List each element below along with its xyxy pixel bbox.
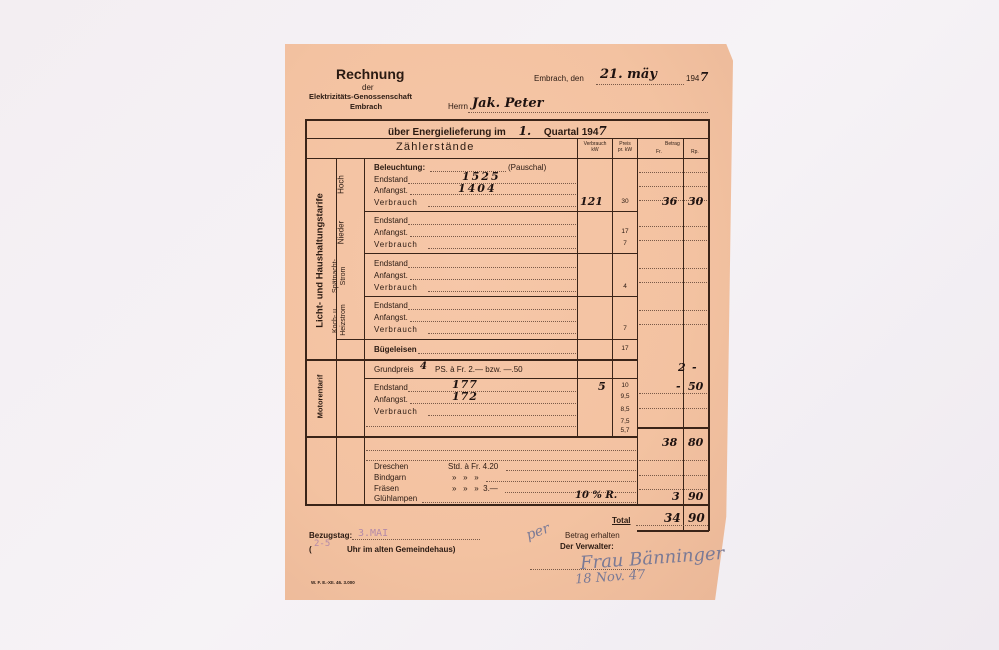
recipient-handwritten: Jak. Peter: [472, 96, 543, 111]
date-line: [596, 84, 684, 85]
motor-verbrauch-label: Verbrauch: [374, 407, 418, 416]
group-motor-label: Motorentarif: [316, 367, 325, 427]
spaetnacht-rate: 4: [614, 283, 636, 290]
dotted-line: [352, 539, 480, 540]
time-stamp: 2-5: [314, 539, 330, 549]
year-printed: 194: [686, 74, 699, 83]
gluehlampen-handwritten: 10 % R.: [575, 490, 617, 501]
extra-dreschen-label: Dreschen: [374, 462, 408, 471]
nieder-rate-1: 17: [614, 228, 636, 235]
nieder-rate-2: 7: [614, 240, 636, 247]
hoch-anfangst-value: 1404: [458, 182, 497, 195]
spaetnacht-endstand-label: Endstand: [374, 259, 408, 268]
hoch-anfangst-label: Anfangst.: [374, 186, 408, 195]
recipient-line: [468, 112, 708, 113]
dotted-line: [408, 391, 576, 392]
meter-header: Zählerstände: [396, 141, 475, 153]
hoch-betrag-fr: 36: [662, 195, 677, 208]
subtotal-fr: 38: [662, 436, 677, 449]
bezugstag-stamp: 3.MAI: [358, 528, 388, 539]
motor-rate-2: 9,5: [614, 393, 636, 400]
total-fr: 34: [664, 511, 681, 525]
time-text: Uhr im alten Gemeindehaus): [347, 545, 455, 554]
invoice-title: Rechnung: [336, 66, 404, 82]
motor-betrag-fr: -: [676, 380, 681, 393]
grundpreis-label: Grundpreis: [374, 365, 414, 374]
place-date-prefix: Embrach, den: [534, 74, 584, 83]
col-preis-unit: pr. kW: [613, 147, 637, 153]
col-verbrauch: Verbrauch kW: [578, 141, 612, 153]
motor-rate-4: 7,5: [614, 418, 636, 425]
pauschal-note: (Pauschal): [508, 163, 546, 172]
motor-rate-1: 10: [614, 382, 636, 389]
hoch-verbrauch-value: 121: [580, 195, 603, 208]
koch-endstand-label: Endstand: [374, 301, 408, 310]
motor-anfangst-value: 172: [452, 390, 478, 403]
motor-rate-3: 8,5: [614, 406, 636, 413]
spaetnacht-anfangst-label: Anfangst.: [374, 271, 408, 280]
subtotal-rp: 80: [688, 436, 703, 449]
buegeleisen-label: Bügeleisen: [374, 345, 417, 354]
col-verbrauch-unit: kW: [578, 147, 612, 153]
nieder-endstand-label: Endstand: [374, 216, 408, 225]
heading-prefix: über Energielieferung im: [388, 127, 506, 138]
dotted-line: [428, 206, 576, 207]
hoch-endstand-label: Endstand: [374, 175, 408, 184]
extra-gluehlampen-label: Glühlampen: [374, 494, 417, 503]
dotted-line: [408, 224, 576, 225]
extra-bindgarn-text: » » »: [452, 473, 479, 482]
motor-rate-5: 5,7: [614, 427, 636, 434]
nieder-anfangst-label: Anfangst.: [374, 228, 408, 237]
hoch-rate: 30: [614, 198, 636, 205]
dotted-line: [428, 415, 576, 416]
recipient-prefix: Herrn: [448, 102, 468, 111]
koch-line2: Heizstrom: [340, 300, 348, 340]
quarter-handwritten: 1.: [519, 124, 532, 138]
heading-quarter: Quartal 194: [544, 127, 598, 138]
extra-bindgarn-label: Bindgarn: [374, 473, 406, 482]
buegeleisen-rate: 17: [614, 345, 636, 352]
section-hoch-label: Hoch: [337, 170, 346, 200]
grundpreis-fr: 2: [678, 361, 686, 374]
print-code: W. F. E.-XII. 46. 3.000: [311, 580, 355, 585]
subtitle-der: der: [362, 83, 374, 92]
beleuchtung-heading: Beleuchtung:: [374, 163, 425, 172]
gluehlampen-rp: 90: [688, 490, 703, 503]
col-betrag: Betrag: [665, 141, 680, 147]
group-licht-label: Licht- und Haushaltungstarife: [315, 161, 326, 361]
dotted-line: [422, 502, 636, 503]
hoch-betrag-rp: 30: [688, 195, 703, 208]
company-town: Embrach: [350, 102, 382, 111]
dotted-line: [636, 525, 708, 526]
dotted-line: [418, 353, 576, 354]
extra-dreschen-text: Std. à Fr. 4.20: [448, 462, 498, 471]
koch-line1: Koch- u.: [332, 300, 340, 340]
total-label: Total: [612, 516, 631, 525]
koch-verbrauch-label: Verbrauch: [374, 325, 418, 334]
open-paren: (: [309, 545, 312, 554]
total-rp: 90: [688, 511, 705, 525]
extra-fraesen-label: Fräsen: [374, 484, 399, 493]
dotted-line: [366, 426, 576, 427]
dotted-line: [428, 333, 576, 334]
received-label: Betrag erhalten: [565, 531, 620, 540]
company-name: Elektrizitäts-Genossenschaft: [309, 92, 412, 101]
dotted-line: [428, 248, 576, 249]
dotted-line: [486, 481, 636, 482]
dotted-line: [410, 403, 576, 404]
spaetnacht-line2: Strom: [340, 256, 348, 296]
spaetnacht-verbrauch-label: Verbrauch: [374, 283, 418, 292]
section-spaetnacht-label: Spätnacht- Strom: [332, 256, 348, 296]
date-handwritten: 21. mäy: [600, 67, 657, 82]
dotted-line: [410, 279, 576, 280]
dotted-line: [408, 309, 576, 310]
col-rp: Rp.: [691, 149, 699, 155]
motor-anfangst-label: Anfangst.: [374, 395, 408, 404]
dotted-line: [428, 291, 576, 292]
col-preis: Preis pr. kW: [613, 141, 637, 153]
table-heading: über Energielieferung im 1. Quartal 1947: [388, 124, 607, 138]
motor-endstand-label: Endstand: [374, 383, 408, 392]
motor-betrag-rp: 50: [688, 380, 703, 393]
motor-verbrauch-value: 5: [598, 380, 606, 393]
gluehlampen-fr: 3: [672, 490, 680, 503]
section-nieder-label: Nieder: [337, 218, 346, 248]
dotted-line: [408, 267, 576, 268]
heading-year-handwritten: 7: [598, 124, 606, 138]
grundpreis-text: PS. à Fr. 2.— bzw. —.50: [435, 365, 523, 374]
spaetnacht-line1: Spätnacht-: [332, 256, 340, 296]
hoch-verbrauch-label: Verbrauch: [374, 198, 418, 207]
col-fr: Fr.: [656, 149, 662, 155]
dotted-line: [410, 236, 576, 237]
grundpreis-ps-handwritten: 4: [420, 361, 427, 372]
section-koch-label: Koch- u. Heizstrom: [332, 300, 348, 340]
nieder-verbrauch-label: Verbrauch: [374, 240, 418, 249]
dotted-line: [506, 470, 636, 471]
grundpreis-rp: -: [692, 361, 697, 374]
extra-fraesen-text: » » » 3.—: [452, 484, 498, 493]
koch-anfangst-label: Anfangst.: [374, 313, 408, 322]
koch-rate: 7: [614, 325, 636, 332]
dotted-line: [410, 321, 576, 322]
verwalter-label: Der Verwalter:: [560, 542, 614, 551]
year-handwritten: 7: [700, 70, 708, 84]
